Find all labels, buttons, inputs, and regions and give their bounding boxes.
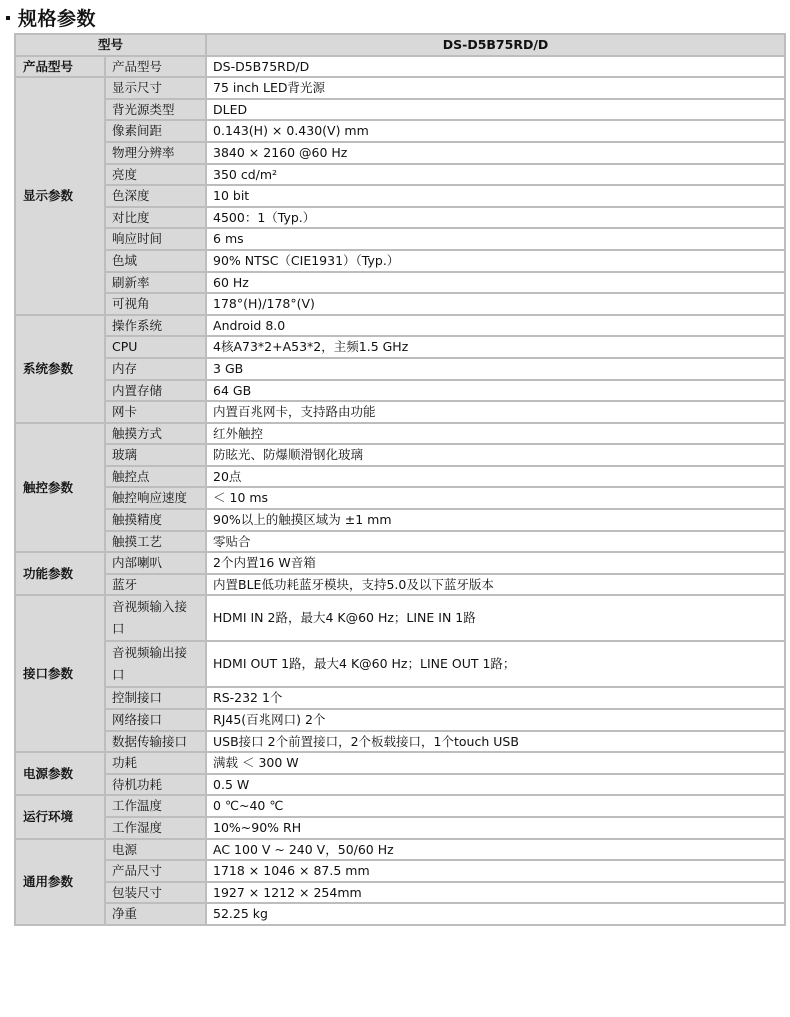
- spec-key: 数据传输接口: [105, 731, 206, 753]
- table-row: 背光源类型DLED: [15, 99, 785, 121]
- spec-value: 64 GB: [206, 380, 785, 402]
- table-row: 网卡内置百兆网卡，支持路由功能: [15, 401, 785, 423]
- spec-key: 刷新率: [105, 272, 206, 294]
- table-row: 蓝牙内置BLE低功耗蓝牙模块，支持5.0及以下蓝牙版本: [15, 574, 785, 596]
- table-row: 系统参数 操作系统 Android 8.0: [15, 315, 785, 337]
- spec-value: 红外触控: [206, 423, 785, 445]
- table-row: 产品尺寸1718 × 1046 × 87.5 mm: [15, 860, 785, 882]
- spec-value: 2个内置16 W音箱: [206, 552, 785, 574]
- table-row: 内存3 GB: [15, 358, 785, 380]
- header-label: 型号: [15, 34, 206, 56]
- spec-key: 产品尺寸: [105, 860, 206, 882]
- spec-value: 1718 × 1046 × 87.5 mm: [206, 860, 785, 882]
- spec-key: 触摸精度: [105, 509, 206, 531]
- spec-key: 对比度: [105, 207, 206, 229]
- spec-value: 0.5 W: [206, 774, 785, 796]
- section-title: 规格参数: [4, 4, 96, 31]
- table-row: 色域90% NTSC（CIE1931）（Typ.）: [15, 250, 785, 272]
- category-cell: 显示参数: [15, 77, 105, 315]
- spec-value: 350 cd/m²: [206, 164, 785, 186]
- spec-table: 型号 DS-D5B75RD/D 产品型号 产品型号 DS-D5B75RD/D 显…: [14, 33, 786, 926]
- category-cell: 产品型号: [15, 56, 105, 78]
- table-row: 可视角178°(H)/178°(V): [15, 293, 785, 315]
- table-row: 待机功耗0.5 W: [15, 774, 785, 796]
- table-row: 刷新率60 Hz: [15, 272, 785, 294]
- spec-value: 75 inch LED背光源: [206, 77, 785, 99]
- spec-key: CPU: [105, 336, 206, 358]
- spec-key: 操作系统: [105, 315, 206, 337]
- spec-value: RJ45(百兆网口) 2个: [206, 709, 785, 731]
- section-title-text: 规格参数: [18, 8, 96, 30]
- spec-key: 控制接口: [105, 687, 206, 709]
- spec-value: 4500：1（Typ.）: [206, 207, 785, 229]
- table-row: 运行环境 工作温度 0 ℃~40 ℃: [15, 795, 785, 817]
- spec-value: DLED: [206, 99, 785, 121]
- table-row: 控制接口RS-232 1个: [15, 687, 785, 709]
- table-row: 显示参数 显示尺寸 75 inch LED背光源: [15, 77, 785, 99]
- spec-value: 178°(H)/178°(V): [206, 293, 785, 315]
- category-cell: 接口参数: [15, 595, 105, 752]
- spec-value: 1927 × 1212 × 254mm: [206, 882, 785, 904]
- spec-key: 物理分辨率: [105, 142, 206, 164]
- category-cell: 电源参数: [15, 752, 105, 795]
- spec-value: 6 ms: [206, 228, 785, 250]
- table-row: 像素间距0.143(H) × 0.430(V) mm: [15, 120, 785, 142]
- spec-key: 工作温度: [105, 795, 206, 817]
- category-cell: 运行环境: [15, 795, 105, 838]
- spec-value: 3 GB: [206, 358, 785, 380]
- table-row: 触控点20点: [15, 466, 785, 488]
- table-row: 网络接口RJ45(百兆网口) 2个: [15, 709, 785, 731]
- table-row: 净重52.25 kg: [15, 903, 785, 925]
- spec-key: 网卡: [105, 401, 206, 423]
- spec-key: 触控响应速度: [105, 487, 206, 509]
- spec-key: 音视频输出接口: [105, 641, 206, 687]
- spec-value: RS-232 1个: [206, 687, 785, 709]
- spec-value: 20点: [206, 466, 785, 488]
- category-cell: 功能参数: [15, 552, 105, 595]
- spec-value: HDMI OUT 1路，最大4 K@60 Hz；LINE OUT 1路；: [206, 641, 785, 687]
- bullet-icon: [6, 16, 10, 20]
- spec-value: 4核A73*2+A53*2，主频1.5 GHz: [206, 336, 785, 358]
- table-row: 触控响应速度＜ 10 ms: [15, 487, 785, 509]
- table-row: 数据传输接口USB接口 2个前置接口，2个板载接口，1个touch USB: [15, 731, 785, 753]
- table-row: 内置存储64 GB: [15, 380, 785, 402]
- spec-value: 90% NTSC（CIE1931）（Typ.）: [206, 250, 785, 272]
- table-row: 通用参数 电源 AC 100 V ~ 240 V，50/60 Hz: [15, 839, 785, 861]
- spec-key: 功耗: [105, 752, 206, 774]
- spec-key: 显示尺寸: [105, 77, 206, 99]
- table-row: 包装尺寸1927 × 1212 × 254mm: [15, 882, 785, 904]
- spec-key: 亮度: [105, 164, 206, 186]
- table-row: 接口参数 音视频输入接口 HDMI IN 2路，最大4 K@60 Hz；LINE…: [15, 595, 785, 641]
- spec-value: 3840 × 2160 @60 Hz: [206, 142, 785, 164]
- spec-value: 10%~90% RH: [206, 817, 785, 839]
- spec-value: 90%以上的触摸区域为 ±1 mm: [206, 509, 785, 531]
- spec-value: DS-D5B75RD/D: [206, 56, 785, 78]
- spec-value: 内置百兆网卡，支持路由功能: [206, 401, 785, 423]
- table-row: 电源参数 功耗 满载 ＜ 300 W: [15, 752, 785, 774]
- table-row: 触摸工艺零贴合: [15, 531, 785, 553]
- table-row: 产品型号 产品型号 DS-D5B75RD/D: [15, 56, 785, 78]
- spec-key: 触摸工艺: [105, 531, 206, 553]
- spec-value: 满载 ＜ 300 W: [206, 752, 785, 774]
- spec-key: 色域: [105, 250, 206, 272]
- spec-value: HDMI IN 2路，最大4 K@60 Hz；LINE IN 1路: [206, 595, 785, 641]
- spec-key: 待机功耗: [105, 774, 206, 796]
- table-header-row: 型号 DS-D5B75RD/D: [15, 34, 785, 56]
- table-row: 亮度350 cd/m²: [15, 164, 785, 186]
- spec-value: ＜ 10 ms: [206, 487, 785, 509]
- table-row: 功能参数 内部喇叭 2个内置16 W音箱: [15, 552, 785, 574]
- table-row: 对比度4500：1（Typ.）: [15, 207, 785, 229]
- table-row: 触摸精度90%以上的触摸区域为 ±1 mm: [15, 509, 785, 531]
- category-cell: 系统参数: [15, 315, 105, 423]
- spec-key: 净重: [105, 903, 206, 925]
- spec-value: 52.25 kg: [206, 903, 785, 925]
- spec-key: 音视频输入接口: [105, 595, 206, 641]
- spec-key: 产品型号: [105, 56, 206, 78]
- spec-key: 电源: [105, 839, 206, 861]
- spec-key: 像素间距: [105, 120, 206, 142]
- spec-key: 内部喇叭: [105, 552, 206, 574]
- spec-key: 蓝牙: [105, 574, 206, 596]
- spec-value: 0.143(H) × 0.430(V) mm: [206, 120, 785, 142]
- spec-value: 60 Hz: [206, 272, 785, 294]
- spec-value: 10 bit: [206, 185, 785, 207]
- spec-value: 零贴合: [206, 531, 785, 553]
- spec-key: 触控点: [105, 466, 206, 488]
- table-row: 音视频输出接口HDMI OUT 1路，最大4 K@60 Hz；LINE OUT …: [15, 641, 785, 687]
- spec-key: 内置存储: [105, 380, 206, 402]
- table-row: 响应时间6 ms: [15, 228, 785, 250]
- category-cell: 通用参数: [15, 839, 105, 925]
- table-row: CPU4核A73*2+A53*2，主频1.5 GHz: [15, 336, 785, 358]
- table-row: 触控参数 触摸方式 红外触控: [15, 423, 785, 445]
- spec-value: USB接口 2个前置接口，2个板载接口，1个touch USB: [206, 731, 785, 753]
- spec-key: 触摸方式: [105, 423, 206, 445]
- category-cell: 触控参数: [15, 423, 105, 553]
- spec-key: 背光源类型: [105, 99, 206, 121]
- spec-key: 网络接口: [105, 709, 206, 731]
- table-row: 工作湿度10%~90% RH: [15, 817, 785, 839]
- table-row: 物理分辨率3840 × 2160 @60 Hz: [15, 142, 785, 164]
- table-row: 玻璃防眩光、防爆顺滑钢化玻璃: [15, 444, 785, 466]
- spec-value: AC 100 V ~ 240 V，50/60 Hz: [206, 839, 785, 861]
- spec-value: 0 ℃~40 ℃: [206, 795, 785, 817]
- header-model: DS-D5B75RD/D: [206, 34, 785, 56]
- spec-key: 工作湿度: [105, 817, 206, 839]
- spec-key: 内存: [105, 358, 206, 380]
- spec-key: 玻璃: [105, 444, 206, 466]
- spec-key: 色深度: [105, 185, 206, 207]
- spec-value: Android 8.0: [206, 315, 785, 337]
- spec-key: 响应时间: [105, 228, 206, 250]
- spec-value: 内置BLE低功耗蓝牙模块，支持5.0及以下蓝牙版本: [206, 574, 785, 596]
- table-row: 色深度10 bit: [15, 185, 785, 207]
- spec-key: 包装尺寸: [105, 882, 206, 904]
- spec-value: 防眩光、防爆顺滑钢化玻璃: [206, 444, 785, 466]
- spec-key: 可视角: [105, 293, 206, 315]
